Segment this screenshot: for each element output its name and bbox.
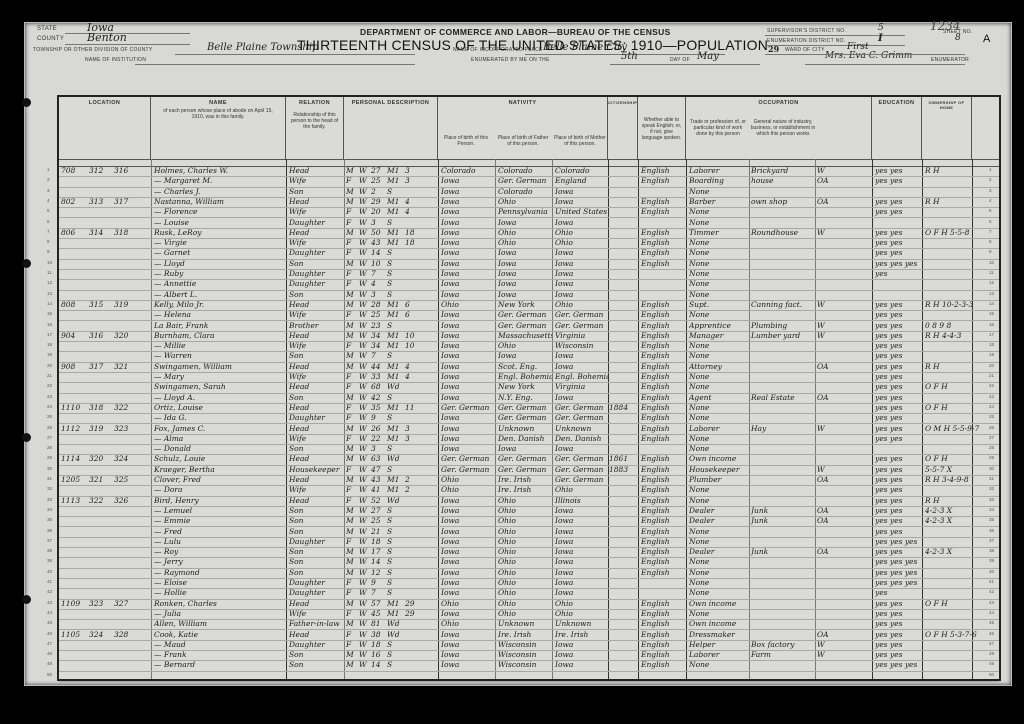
cell-rel: Son — [289, 290, 343, 299]
cell-mother: Iowa — [555, 578, 608, 587]
cell-race: W — [359, 166, 371, 175]
cell-lang: English — [641, 454, 685, 463]
cell-fam: 319 — [114, 300, 144, 309]
row-number: 26 — [47, 425, 52, 430]
cell-occ: None — [689, 207, 747, 216]
cell-rd: yes yes — [875, 372, 921, 381]
row-number-right: 2 — [989, 177, 992, 182]
row-number-right: 23 — [989, 394, 994, 399]
incorporated-place-label: NAME OF INCORPORATED PLACE — [453, 47, 543, 53]
row-number: 23 — [47, 394, 52, 399]
cell-rd: yes yes — [875, 609, 921, 618]
cell-dw: 323 — [89, 599, 111, 608]
cell-age: 14 — [371, 248, 387, 257]
cell-occ: Apprentice — [689, 321, 747, 330]
cell-rd: yes yes — [875, 527, 921, 536]
cell-age: 14 — [371, 557, 387, 566]
cell-ms: M1 — [387, 599, 405, 608]
cell-ms: Wd — [387, 454, 405, 463]
cell-lang: English — [641, 372, 685, 381]
ward-label: WARD OF CITY — [785, 47, 825, 53]
column-occupation: OCCUPATION Trade or profession of, or pa… — [686, 97, 872, 159]
cell-lang: English — [641, 640, 685, 649]
cell-rel: Head — [289, 599, 343, 608]
cell-own: O F H 5-3-7-6 — [925, 630, 995, 639]
cell-born: Iowa — [441, 279, 495, 288]
cell-name: — Lloyd A. — [154, 393, 284, 402]
cell-name: Holmes, Charles W. — [154, 166, 284, 175]
cell-sex: F — [346, 403, 358, 412]
cell-age: 29 — [371, 197, 387, 206]
cell-race: W — [359, 331, 371, 340]
cell-age: 34 — [371, 331, 387, 340]
row-number: 4 — [47, 198, 50, 203]
cell-dw: 318 — [89, 403, 111, 412]
cell-born: Iowa — [441, 578, 495, 587]
cell-lang: English — [641, 300, 685, 309]
cell-occ: Own income — [689, 619, 747, 628]
cell-born: Iowa — [441, 557, 495, 566]
cell-mother: Virginia — [555, 331, 608, 340]
cell-name: — Louise — [154, 218, 284, 227]
cell-name: — Lemuel — [154, 506, 284, 515]
cell-sex: F — [346, 310, 358, 319]
cell-occ: Timmer — [689, 228, 747, 237]
cell-rd: yes yes — [875, 619, 921, 628]
cell-born: Iowa — [441, 660, 495, 669]
cell-ind: Hay — [751, 424, 813, 433]
cell-sex: M — [346, 362, 358, 371]
cell-yrs: 4 — [405, 197, 417, 206]
cell-race: W — [359, 207, 371, 216]
row-number: 43 — [47, 600, 52, 605]
cell-name: — Frank — [154, 650, 284, 659]
cell-rel: Son — [289, 660, 343, 669]
cell-rd: yes yes — [875, 650, 921, 659]
cell-father: Ohio — [498, 516, 552, 525]
cell-race: W — [359, 485, 371, 494]
cell-age: 57 — [371, 599, 387, 608]
cell-own: 4-2-3 X — [925, 516, 995, 525]
row-number-right: 41 — [989, 579, 994, 584]
cell-father: Ger. German — [498, 454, 552, 463]
cell-occ: Dressmaker — [689, 630, 747, 639]
cell-sex: F — [346, 413, 358, 422]
cell-father: Unknown — [498, 619, 552, 628]
cell-ms: S — [387, 578, 405, 587]
cell-father: Iowa — [498, 351, 552, 360]
cell-rd: yes yes — [875, 310, 921, 319]
cell-rd: yes yes — [875, 248, 921, 257]
cell-street: 1105 — [61, 630, 87, 639]
cell-occ: None — [689, 279, 747, 288]
row-number-right: 42 — [989, 589, 994, 594]
cell-lang: English — [641, 403, 685, 412]
cell-race: W — [359, 310, 371, 319]
row-number: 36 — [47, 528, 52, 533]
cell-occ: None — [689, 351, 747, 360]
cell-father: Iowa — [498, 290, 552, 299]
cell-father: Ohio — [498, 578, 552, 587]
cell-occ: None — [689, 496, 747, 505]
cell-born: Iowa — [441, 547, 495, 556]
cell-rel: Head — [289, 496, 343, 505]
cell-occ: Dealer — [689, 547, 747, 556]
cell-street: 1110 — [61, 403, 87, 412]
column-language: Whether able to speak English; or, if no… — [638, 97, 686, 159]
row-number: 32 — [47, 486, 52, 491]
cell-emp: OA — [817, 176, 837, 185]
row-number-right: 5 — [989, 208, 992, 213]
cell-ms: S — [387, 259, 405, 268]
cell-occ: None — [689, 527, 747, 536]
cell-born: Iowa — [441, 537, 495, 546]
supervisors-district-label: SUPERVISOR'S DISTRICT NO. — [767, 28, 846, 34]
column-relation: RELATIONRelationship of this person to t… — [286, 97, 344, 159]
cell-yrs: 3 — [405, 176, 417, 185]
cell-ms: S — [387, 269, 405, 278]
cell-occ: None — [689, 609, 747, 618]
cell-mother: Iowa — [555, 197, 608, 206]
cell-mother: Iowa — [555, 516, 608, 525]
row-number: 49 — [47, 661, 52, 666]
cell-mother: Ger. German — [555, 454, 608, 463]
cell-sex: M — [346, 557, 358, 566]
cell-occ: Dealer — [689, 516, 747, 525]
cell-born: Iowa — [441, 207, 495, 216]
cell-rd: yes yes — [875, 496, 921, 505]
cell-lang: English — [641, 341, 685, 350]
cell-age: 44 — [371, 362, 387, 371]
cell-lang: English — [641, 434, 685, 443]
cell-sex: M — [346, 568, 358, 577]
cell-lang: English — [641, 310, 685, 319]
row-number: 10 — [47, 260, 52, 265]
cell-age: 12 — [371, 568, 387, 577]
cell-father: Ohio — [498, 341, 552, 350]
cell-emp: W — [817, 640, 837, 649]
cell-father: N.Y. Eng. — [498, 393, 552, 402]
cell-fam: 323 — [114, 424, 144, 433]
cell-own: 4-2-3 X — [925, 547, 995, 556]
cell-rd: yes yes — [875, 599, 921, 608]
cell-ms: S — [387, 248, 405, 257]
row-number: 8 — [47, 239, 50, 244]
cell-lang: English — [641, 547, 685, 556]
cell-lang: English — [641, 207, 685, 216]
cell-sex: F — [346, 588, 358, 597]
cell-rel: Head — [289, 362, 343, 371]
cell-occ: Barber — [689, 197, 747, 206]
cell-born: Iowa — [441, 228, 495, 237]
cell-sex: M — [346, 321, 358, 330]
cell-occ: Own income — [689, 454, 747, 463]
cell-lang: English — [641, 424, 685, 433]
cell-age: 3 — [371, 290, 387, 299]
cell-mother: Iowa — [555, 279, 608, 288]
row-number: 6 — [47, 219, 50, 224]
cell-sex: M — [346, 228, 358, 237]
cell-sex: M — [346, 444, 358, 453]
cell-race: W — [359, 650, 371, 659]
cell-occ: None — [689, 444, 747, 453]
cell-dw: 322 — [89, 496, 111, 505]
cell-occ: None — [689, 310, 747, 319]
cell-father: Iowa — [498, 218, 552, 227]
cell-street: 1109 — [61, 599, 87, 608]
cell-father: Ohio — [498, 609, 552, 618]
cell-age: 25 — [371, 310, 387, 319]
row-number: 48 — [47, 651, 52, 656]
column-extra — [972, 97, 999, 159]
cell-rel: Daughter — [289, 588, 343, 597]
cell-rd: yes yes yes — [875, 660, 921, 669]
row-number-right: 28 — [989, 445, 994, 450]
row-number: 31 — [47, 476, 52, 481]
cell-born: Ger. German — [441, 465, 495, 474]
cell-mother: Iowa — [555, 290, 608, 299]
cell-race: W — [359, 640, 371, 649]
cell-race: W — [359, 238, 371, 247]
cell-ms: M1 — [387, 609, 405, 618]
cell-rd: yes yes — [875, 465, 921, 474]
cell-emp: W — [817, 228, 837, 237]
cell-name: — Alma — [154, 434, 284, 443]
cell-race: W — [359, 176, 371, 185]
cell-rd: yes yes — [875, 413, 921, 422]
cell-emp: OA — [817, 197, 837, 206]
binder-hole — [22, 595, 31, 604]
cell-father: Ohio — [498, 547, 552, 556]
cell-mother: Ire. Irish — [555, 630, 608, 639]
cell-lang: English — [641, 599, 685, 608]
cell-name: — Ida G. — [154, 413, 284, 422]
row-number-right: 45 — [989, 620, 994, 625]
cell-father: Wisconsin — [498, 650, 552, 659]
cell-race: W — [359, 578, 371, 587]
cell-race: W — [359, 630, 371, 639]
row-number: 1 — [47, 167, 50, 172]
cell-age: 50 — [371, 228, 387, 237]
cell-name: Swingamen, Sarah — [154, 382, 284, 391]
cell-yrs: 4 — [405, 372, 417, 381]
cell-street: 908 — [61, 362, 87, 371]
cell-father: Ohio — [498, 588, 552, 597]
cell-race: W — [359, 248, 371, 257]
row-number-right: 15 — [989, 311, 994, 316]
cell-born: Iowa — [441, 197, 495, 206]
cell-name: — Eloise — [154, 578, 284, 587]
cell-dw: 315 — [89, 300, 111, 309]
row-number: 47 — [47, 641, 52, 646]
cell-mother: Iowa — [555, 393, 608, 402]
cell-race: W — [359, 619, 371, 628]
cell-sex: M — [346, 660, 358, 669]
cell-street: 1114 — [61, 454, 87, 463]
cell-age: 38 — [371, 630, 387, 639]
cell-race: W — [359, 393, 371, 402]
cell-emp: W — [817, 321, 837, 330]
cell-age: 27 — [371, 166, 387, 175]
month-value: May — [697, 51, 719, 62]
cell-fam: 321 — [114, 362, 144, 371]
cell-sex: F — [346, 609, 358, 618]
cell-ms: S — [387, 537, 405, 546]
cell-rd: yes yes — [875, 475, 921, 484]
cell-own: O F H — [925, 403, 995, 412]
cell-ms: S — [387, 444, 405, 453]
cell-occ: None — [689, 660, 747, 669]
cell-born: Iowa — [441, 650, 495, 659]
cell-sex: M — [346, 547, 358, 556]
cell-ms: S — [387, 557, 405, 566]
row-number: 5 — [47, 208, 50, 213]
cell-sex: M — [346, 454, 358, 463]
cell-yrs: 4 — [405, 207, 417, 216]
row-number-right: 36 — [989, 528, 994, 533]
column-nativity: NATIVITY Place of birth of this Person. … — [438, 97, 608, 159]
row-number: 17 — [47, 332, 52, 337]
row-number-right: 18 — [989, 342, 994, 347]
cell-name: — Lulu — [154, 537, 284, 546]
cell-sex: F — [346, 496, 358, 505]
cell-yrs: 29 — [405, 599, 417, 608]
cell-lang: English — [641, 516, 685, 525]
cell-father: Ger. German — [498, 321, 552, 330]
row-number: 19 — [47, 352, 52, 357]
cell-ms: S — [387, 413, 405, 422]
cell-ms: Wd — [387, 630, 405, 639]
cell-own: R H — [925, 197, 995, 206]
cell-born: Iowa — [441, 568, 495, 577]
cell-emp: W — [817, 166, 837, 175]
cell-imm: 1861 — [609, 454, 637, 463]
cell-mother: Ger. German — [555, 413, 608, 422]
day-of-label: DAY OF — [670, 57, 690, 63]
cell-ms: S — [387, 218, 405, 227]
cell-ms: S — [387, 640, 405, 649]
cell-ms: S — [387, 660, 405, 669]
cell-race: W — [359, 321, 371, 330]
cell-dw: 319 — [89, 424, 111, 433]
row-number-right: 9 — [989, 249, 992, 254]
cell-father: Ohio — [498, 506, 552, 515]
cell-mother: Iowa — [555, 537, 608, 546]
cell-sex: F — [346, 238, 358, 247]
cell-born: Ohio — [441, 599, 495, 608]
cell-lang: English — [641, 413, 685, 422]
cell-age: 33 — [371, 372, 387, 381]
cell-dw: 324 — [89, 630, 111, 639]
cell-occ: Plumber — [689, 475, 747, 484]
cell-ind: Junk — [751, 547, 813, 556]
census-table: LOCATION NAMEof each person whose place … — [57, 95, 1001, 681]
cell-race: W — [359, 496, 371, 505]
cell-rd: yes yes — [875, 485, 921, 494]
cell-yrs: 4 — [405, 362, 417, 371]
cell-occ: Boarding — [689, 176, 747, 185]
row-number-right: 13 — [989, 291, 994, 296]
cell-father: Ohio — [498, 527, 552, 536]
cell-sex: M — [346, 506, 358, 515]
cell-father: New York — [498, 382, 552, 391]
cell-rd: yes yes — [875, 630, 921, 639]
cell-lang: English — [641, 382, 685, 391]
cell-race: W — [359, 599, 371, 608]
cell-race: W — [359, 557, 371, 566]
cell-name: Burnham, Clara — [154, 331, 284, 340]
cell-born: Iowa — [441, 351, 495, 360]
cell-ms: M1 — [387, 228, 405, 237]
cell-own: R H 4-4-3 — [925, 331, 995, 340]
cell-age: 18 — [371, 537, 387, 546]
cell-name: Rusk, LeRoy — [154, 228, 284, 237]
cell-rel: Brother — [289, 321, 343, 330]
cell-sex: F — [346, 207, 358, 216]
cell-race: W — [359, 341, 371, 350]
cell-name: Ronken, Charles — [154, 599, 284, 608]
cell-fam: 317 — [114, 197, 144, 206]
row-number: 28 — [47, 445, 52, 450]
cell-ms: S — [387, 351, 405, 360]
cell-age: 2 — [371, 187, 387, 196]
cell-sex: F — [346, 578, 358, 587]
row-number: 13 — [47, 291, 52, 296]
cell-lang: English — [641, 362, 685, 371]
cell-father: Iowa — [498, 279, 552, 288]
cell-rel: Housekeeper — [289, 465, 343, 474]
cell-name: — Helena — [154, 310, 284, 319]
cell-occ: Attorney — [689, 362, 747, 371]
cell-age: 20 — [371, 207, 387, 216]
row-number-right: 50 — [989, 672, 994, 677]
row-number: 9 — [47, 249, 50, 254]
cell-rd: yes yes yes — [875, 578, 921, 587]
cell-race: W — [359, 197, 371, 206]
cell-rel: Father-in-law — [289, 619, 343, 628]
cell-rel: Head — [289, 630, 343, 639]
cell-rd: yes yes — [875, 300, 921, 309]
cell-lang: English — [641, 568, 685, 577]
row-number-right: 12 — [989, 280, 994, 285]
cell-ind: Junk — [751, 516, 813, 525]
row-number-right: 6 — [989, 219, 992, 224]
cell-race: W — [359, 382, 371, 391]
cell-father: Ohio — [498, 238, 552, 247]
cell-father: Ger. German — [498, 413, 552, 422]
cell-ind: own shop — [751, 197, 813, 206]
cell-sex: F — [346, 485, 358, 494]
cell-yrs: 18 — [405, 228, 417, 237]
cell-mother: Unknown — [555, 424, 608, 433]
cell-ms: S — [387, 290, 405, 299]
cell-ms: Wd — [387, 382, 405, 391]
cell-rel: Head — [289, 228, 343, 237]
cell-race: W — [359, 218, 371, 227]
cell-ms: M1 — [387, 310, 405, 319]
cell-rel: Wife — [289, 485, 343, 494]
cell-father: Wisconsin — [498, 660, 552, 669]
cell-lang: English — [641, 485, 685, 494]
cell-lang: English — [641, 248, 685, 257]
cell-name: — Millie — [154, 341, 284, 350]
cell-name: Swingamen, William — [154, 362, 284, 371]
cell-mother: Iowa — [555, 640, 608, 649]
cell-ms: S — [387, 321, 405, 330]
cell-race: W — [359, 537, 371, 546]
row-number: 37 — [47, 538, 52, 543]
row-number: 18 — [47, 342, 52, 347]
